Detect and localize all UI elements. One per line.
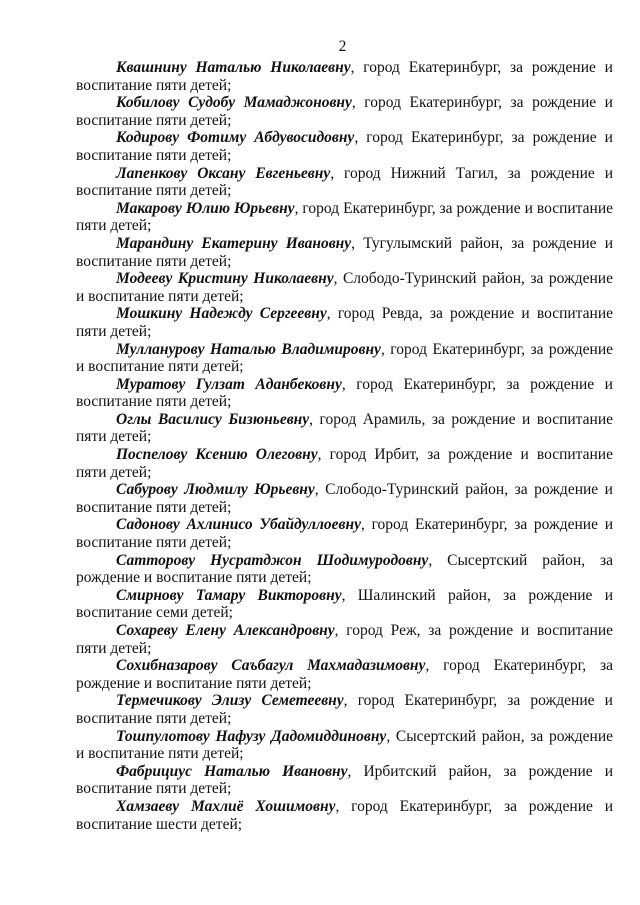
list-item: Модееву Кристину Николаевну, Слободо-Тур…	[76, 270, 613, 305]
list-item: Лапенкову Оксану Евгеньевну, город Нижни…	[76, 165, 613, 200]
person-name: Кодирову Фотиму Абдувосидовну	[116, 129, 354, 146]
document-page: 2 Квашнину Наталью Николаевну, город Ека…	[0, 0, 640, 905]
list-item: Кобилову Судобу Мамаджоновну, город Екат…	[76, 94, 613, 129]
person-name: Мулланурову Наталью Владимировну	[116, 341, 381, 358]
award-list: Квашнину Наталью Николаевну, город Екате…	[76, 59, 613, 833]
list-item: Смирнову Тамару Викторовну, Шалинский ра…	[76, 587, 613, 622]
list-item: Марандину Екатерину Ивановну, Тугулымски…	[76, 235, 613, 270]
person-name: Сохареву Елену Александровну	[116, 622, 335, 639]
list-item: Сабурову Людмилу Юрьевну, Слободо-Туринс…	[76, 481, 613, 516]
list-item: Кодирову Фотиму Абдувосидовну, город Ека…	[76, 129, 613, 164]
list-item: Мулланурову Наталью Владимировну, город …	[76, 341, 613, 376]
person-name: Поспелову Ксению Олеговну	[116, 446, 318, 463]
list-item: Оглы Василису Бизюньевну, город Арамиль,…	[76, 411, 613, 446]
list-item: Поспелову Ксению Олеговну, город Ирбит, …	[76, 446, 613, 481]
person-name: Оглы Василису Бизюньевну	[116, 411, 309, 428]
person-name: Смирнову Тамару Викторовну	[116, 587, 342, 604]
list-item: Сохибназарову Саъбагул Махмадазимовну, г…	[76, 657, 613, 692]
person-name: Хамзаеву Махлиё Хошимовну	[116, 798, 335, 815]
person-name: Квашнину Наталью Николаевну	[116, 59, 351, 76]
person-name: Лапенкову Оксану Евгеньевну	[116, 165, 330, 182]
person-name: Термечикову Элизу Семетеевну	[116, 692, 344, 709]
list-item: Тошпулотову Нафузу Дадомиддиновну, Сысер…	[76, 728, 613, 763]
person-name: Сабурову Людмилу Юрьевну	[116, 481, 315, 498]
person-name: Сохибназарову Саъбагул Махмадазимовну	[116, 657, 425, 674]
person-name: Муратову Гулзат Аданбековну	[116, 376, 342, 393]
list-item: Садонову Ахлинисо Убайдуллоевну, город Е…	[76, 516, 613, 551]
person-name: Сатторову Нусратджон Шодимуродовну	[116, 552, 428, 569]
person-name: Марандину Екатерину Ивановну	[116, 235, 351, 252]
list-item: Сатторову Нусратджон Шодимуродовну, Сысе…	[76, 552, 613, 587]
list-item: Фабрициус Наталью Ивановну, Ирбитский ра…	[76, 763, 613, 798]
list-item: Сохареву Елену Александровну, город Реж,…	[76, 622, 613, 657]
list-item: Мошкину Надежду Сергеевну, город Ревда, …	[76, 305, 613, 340]
person-name: Тошпулотову Нафузу Дадомиддиновну	[116, 728, 386, 745]
person-name: Модееву Кристину Николаевну	[116, 270, 334, 287]
list-item: Хамзаеву Махлиё Хошимовну, город Екатери…	[76, 798, 613, 833]
list-item: Макарову Юлию Юрьевну, город Екатеринбур…	[76, 200, 613, 235]
person-name: Кобилову Судобу Мамаджоновну	[116, 94, 352, 111]
list-item: Муратову Гулзат Аданбековну, город Екате…	[76, 376, 613, 411]
list-item: Квашнину Наталью Николаевну, город Екате…	[76, 59, 613, 94]
person-name: Садонову Ахлинисо Убайдуллоевну	[116, 516, 361, 533]
list-item: Термечикову Элизу Семетеевну, город Екат…	[76, 692, 613, 727]
person-name: Макарову Юлию Юрьевну	[116, 200, 295, 217]
person-name: Фабрициус Наталью Ивановну	[116, 763, 348, 780]
person-name: Мошкину Надежду Сергеевну	[116, 305, 327, 322]
page-number: 2	[0, 38, 640, 56]
